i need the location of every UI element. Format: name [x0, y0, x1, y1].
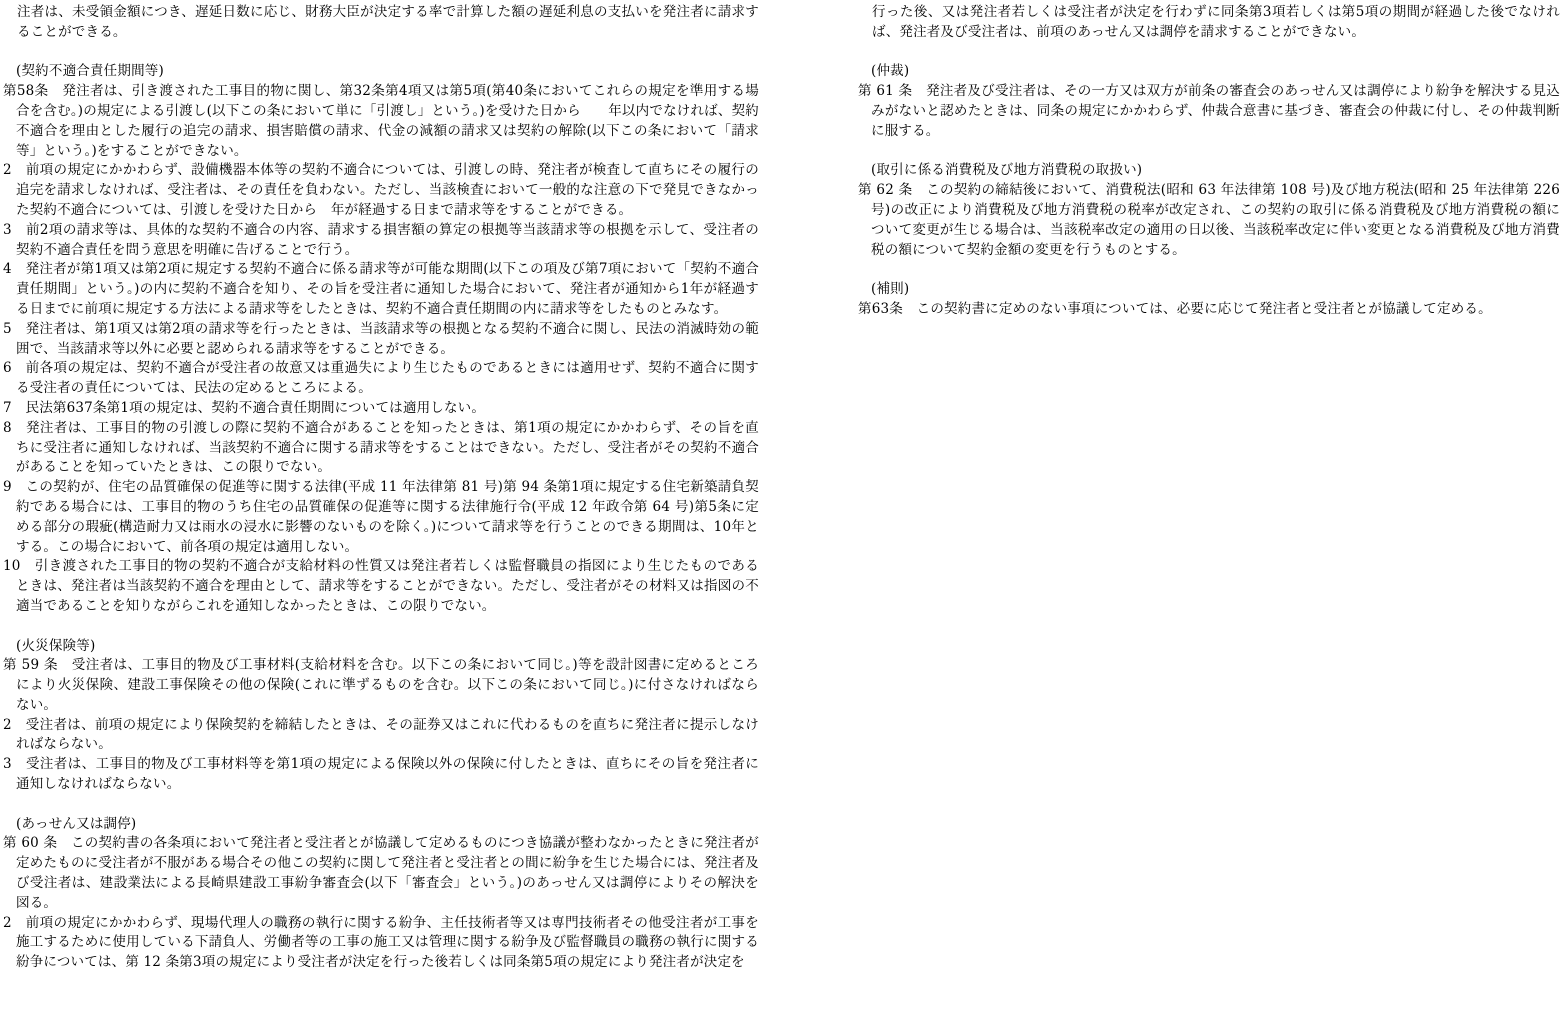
clause-paragraph: 3 受注者は、工事目的物及び工事材料等を第1項の規定による保険以外の保険に付した…: [3, 755, 759, 795]
left-column: 注者は、未受領金額につき、遅延日数に応じ、財務大臣が決定する率で計算した額の遅延…: [3, 0, 759, 973]
clause-paragraph: 5 発注者は、第1項又は第2項の請求等を行ったときは、当該請求等の根拠となる契約…: [3, 320, 759, 360]
continuation-paragraph: 注者は、未受領金額につき、遅延日数に応じ、財務大臣が決定する率で計算した額の遅延…: [3, 3, 759, 43]
section-heading: (火災保険等): [3, 637, 759, 657]
clause-paragraph: 3 前2項の請求等は、具体的な契約不適合の内容、請求する損害額の算定の根拠等当該…: [3, 221, 759, 261]
section-heading: (補則): [858, 280, 1560, 300]
clause-paragraph: 8 発注者は、工事目的物の引渡しの際に契約不適合があることを知ったときは、第1項…: [3, 419, 759, 478]
article-paragraph: 第 62 条 この契約の締結後において、消費税法(昭和 63 年法律第 108 …: [858, 181, 1560, 260]
clause-paragraph: 4 発注者が第1項又は第2項に規定する契約不適合に係る請求等が可能な期間(以下こ…: [3, 260, 759, 319]
section-heading: (仲裁): [858, 62, 1560, 82]
article-paragraph: 第 61 条 発注者及び受注者は、その一方又は双方が前条の審査会のあっせん又は調…: [858, 82, 1560, 141]
clause-paragraph: 2 前項の規定にかかわらず、現場代理人の職務の執行に関する紛争、主任技術者等又は…: [3, 914, 759, 973]
section-heading: (取引に係る消費税及び地方消費税の取扱い): [858, 161, 1560, 181]
contract-document-page: 注者は、未受領金額につき、遅延日数に応じ、財務大臣が決定する率で計算した額の遅延…: [0, 0, 1562, 1010]
clause-paragraph: 2 受注者は、前項の規定により保険契約を締結したときは、その証券又はこれに代わる…: [3, 716, 759, 756]
article-paragraph: 第63条 この契約書に定めのない事項については、必要に応じて発注者と受注者とが協…: [858, 300, 1560, 320]
clause-paragraph: 2 前項の規定にかかわらず、設備機器本体等の契約不適合については、引渡しの時、発…: [3, 161, 759, 220]
article-paragraph: 第 60 条 この契約書の各条項において発注者と受注者とが協議して定めるものにつ…: [3, 834, 759, 913]
continuation-paragraph: 行った後、又は発注者若しくは受注者が決定を行わずに同条第3項若しくは第5項の期間…: [858, 3, 1560, 43]
clause-paragraph: 6 前各項の規定は、契約不適合が受注者の故意又は重過失により生じたものであるとき…: [3, 359, 759, 399]
clause-paragraph: 7 民法第637条第1項の規定は、契約不適合責任期間については適用しない。: [3, 399, 759, 419]
section-heading: (契約不適合責任期間等): [3, 62, 759, 82]
clause-paragraph: 10 引き渡された工事目的物の契約不適合が支給材料の性質又は発注者若しくは監督職…: [3, 557, 759, 616]
clause-paragraph: 9 この契約が、住宅の品質確保の促進等に関する法律(平成 11 年法律第 81 …: [3, 478, 759, 557]
right-column: 行った後、又は発注者若しくは受注者が決定を行わずに同条第3項若しくは第5項の期間…: [858, 0, 1560, 320]
article-paragraph: 第 59 条 受注者は、工事目的物及び工事材料(支給材料を含む。以下この条におい…: [3, 656, 759, 715]
article-paragraph: 第58条 発注者は、引き渡された工事目的物に関し、第32条第4項又は第5項(第4…: [3, 82, 759, 161]
section-heading: (あっせん又は調停): [3, 815, 759, 835]
